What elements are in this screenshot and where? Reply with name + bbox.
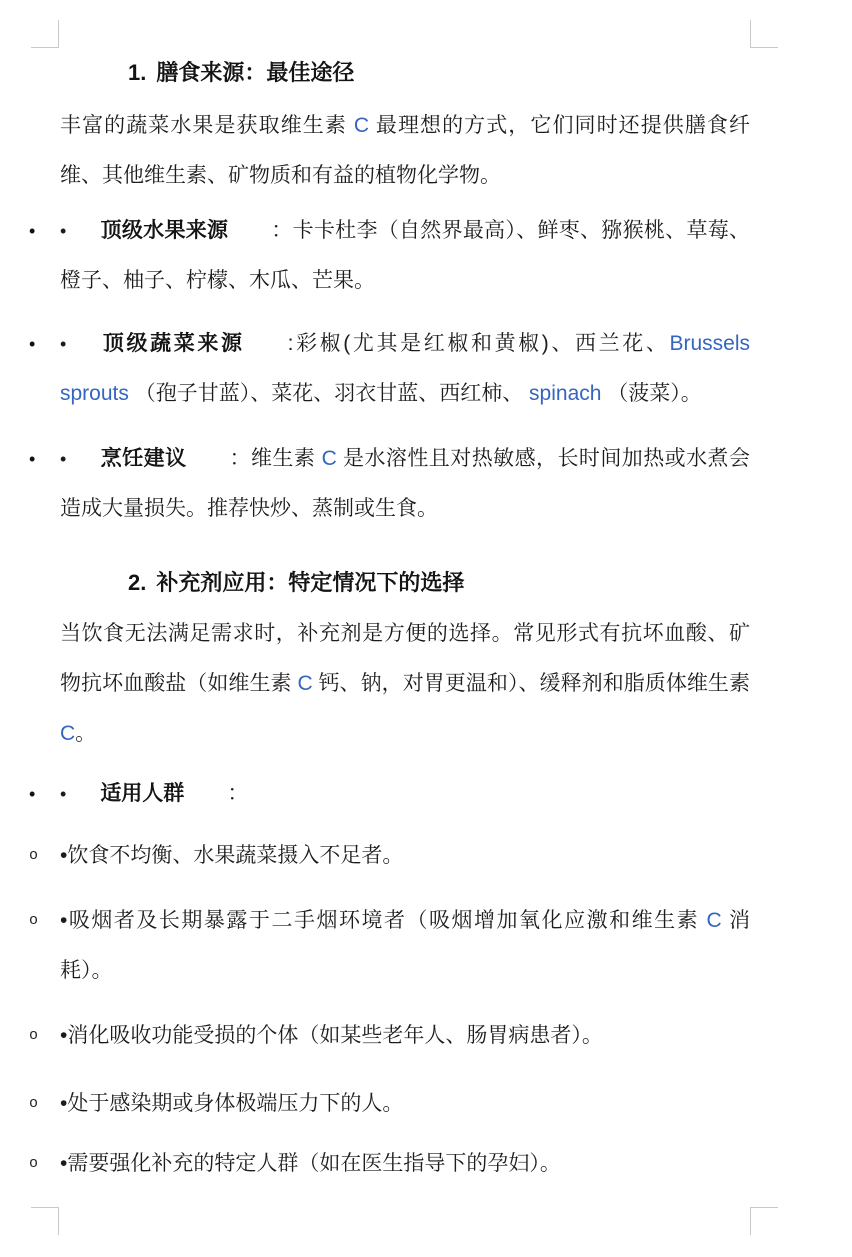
latin-text-vitamin-c: C [706,909,721,932]
heading-dietary-sources: 1.膳食来源：最佳途径 [60,48,750,98]
latin-text-vitamin-c: C [60,722,75,745]
document-page: 1.膳食来源：最佳途径 丰富的蔬菜水果是获取维生素 C 最理想的方式，它们同时还… [0,0,852,1257]
list-item-label: 适用人群 [100,782,184,805]
sub-list-item-impaired-digestion: o•消化吸收功能受损的个体（如某些老年人、肠胃病患者）。 [60,1011,750,1061]
bullet-icon: • [29,769,49,819]
heading-number: 2. [128,570,146,595]
list-item-label: 烹饪建议 [100,447,186,470]
margin-crop-mark-bottom-right [750,1207,778,1235]
heading-number: 1. [128,60,146,85]
bullet-icon: • [29,319,49,369]
paragraph-text: 丰富的蔬菜水果是获取维生素 [60,114,354,137]
list-item-text: 维生素 [251,447,322,470]
sub-list-item-text: •吸烟者及长期暴露于二手烟环境者（吸烟增加氧化应激和维生素 [60,909,706,932]
heading-text: 膳食来源：最佳途径 [156,60,354,85]
circle-bullet-icon: o [29,1139,49,1189]
latin-text-spinach: spinach [529,382,601,405]
paragraph-text: 。 [75,722,96,745]
list-item-text: （孢子甘蓝）、菜花、羽衣甘蓝、西红柿、 [129,382,529,405]
heading-text: 补充剂应用：特定情况下的选择 [156,570,464,595]
list-item-top-vegetable-sources: ••顶级蔬菜来源:彩椒(尤其是红椒和黄椒)、西兰花、Brussels sprou… [60,319,750,419]
paragraph-text: 钙、钠，对胃更温和）、缓释剂和脂质体维生素 [313,672,750,695]
document-content: 1.膳食来源：最佳途径 丰富的蔬菜水果是获取维生素 C 最理想的方式，它们同时还… [60,48,750,1189]
latin-text-vitamin-c: C [354,114,369,137]
inner-bullet-icon: • [60,206,66,256]
sub-list-item-text: •饮食不均衡、水果蔬菜摄入不足者。 [60,844,403,867]
inner-bullet-icon: • [60,319,66,369]
sub-list-item-text: •需要强化补充的特定人群（如在医生指导下的孕妇）。 [60,1152,561,1175]
list-item-colon: ： [230,447,251,470]
sub-list-item-unbalanced-diet: o•饮食不均衡、水果蔬菜摄入不足者。 [60,831,750,881]
circle-bullet-icon: o [29,896,49,946]
list-item-cooking-advice: ••烹饪建议：维生素 C 是水溶性且对热敏感，长时间加热或水煮会造成大量损失。推… [60,434,750,534]
list-item-applicable-people: ••适用人群： [60,769,750,819]
heading-supplement-application: 2.补充剂应用：特定情况下的选择 [60,558,750,608]
list-item-top-fruit-sources: ••顶级水果来源：卡卡杜李（自然界最高）、鲜枣、猕猴桃、草莓、橙子、柚子、柠檬、… [60,206,750,306]
sub-list-item-text: •处于感染期或身体极端压力下的人。 [60,1092,403,1115]
inner-bullet-icon: • [60,434,66,484]
latin-text-vitamin-c: C [322,447,337,470]
margin-crop-mark-top-left [31,20,59,48]
sub-list-item-special-groups: o•需要强化补充的特定人群（如在医生指导下的孕妇）。 [60,1139,750,1189]
sub-list-item-text: •消化吸收功能受损的个体（如某些老年人、肠胃病患者）。 [60,1024,603,1047]
list-item-label: 顶级蔬菜来源 [100,332,244,355]
bullet-icon: • [29,206,49,256]
margin-crop-mark-top-right [750,20,778,48]
latin-text-vitamin-c: C [297,672,312,695]
paragraph-supplement-intro: 当饮食无法满足需求时，补充剂是方便的选择。常见形式有抗坏血酸、矿物抗坏血酸盐（如… [60,609,750,759]
circle-bullet-icon: o [29,1011,49,1061]
list-item-colon: ： [227,782,248,805]
circle-bullet-icon: o [29,1079,49,1129]
inner-bullet-icon: • [60,769,66,819]
list-item-colon: ： [271,219,292,242]
bullet-icon: • [29,434,49,484]
margin-crop-mark-bottom-left [31,1207,59,1235]
sub-list-item-smokers: o•吸烟者及长期暴露于二手烟环境者（吸烟增加氧化应激和维生素 C 消耗）。 [60,896,750,996]
paragraph-dietary-intro: 丰富的蔬菜水果是获取维生素 C 最理想的方式，它们同时还提供膳食纤维、其他维生素… [60,101,750,201]
list-item-label: 顶级水果来源 [100,219,228,242]
sub-list-item-infection-stress: o•处于感染期或身体极端压力下的人。 [60,1079,750,1129]
list-item-text: 彩椒(尤其是红椒和黄椒)、西兰花、 [293,332,669,355]
circle-bullet-icon: o [29,831,49,881]
list-item-text: （菠菜）。 [601,382,701,405]
